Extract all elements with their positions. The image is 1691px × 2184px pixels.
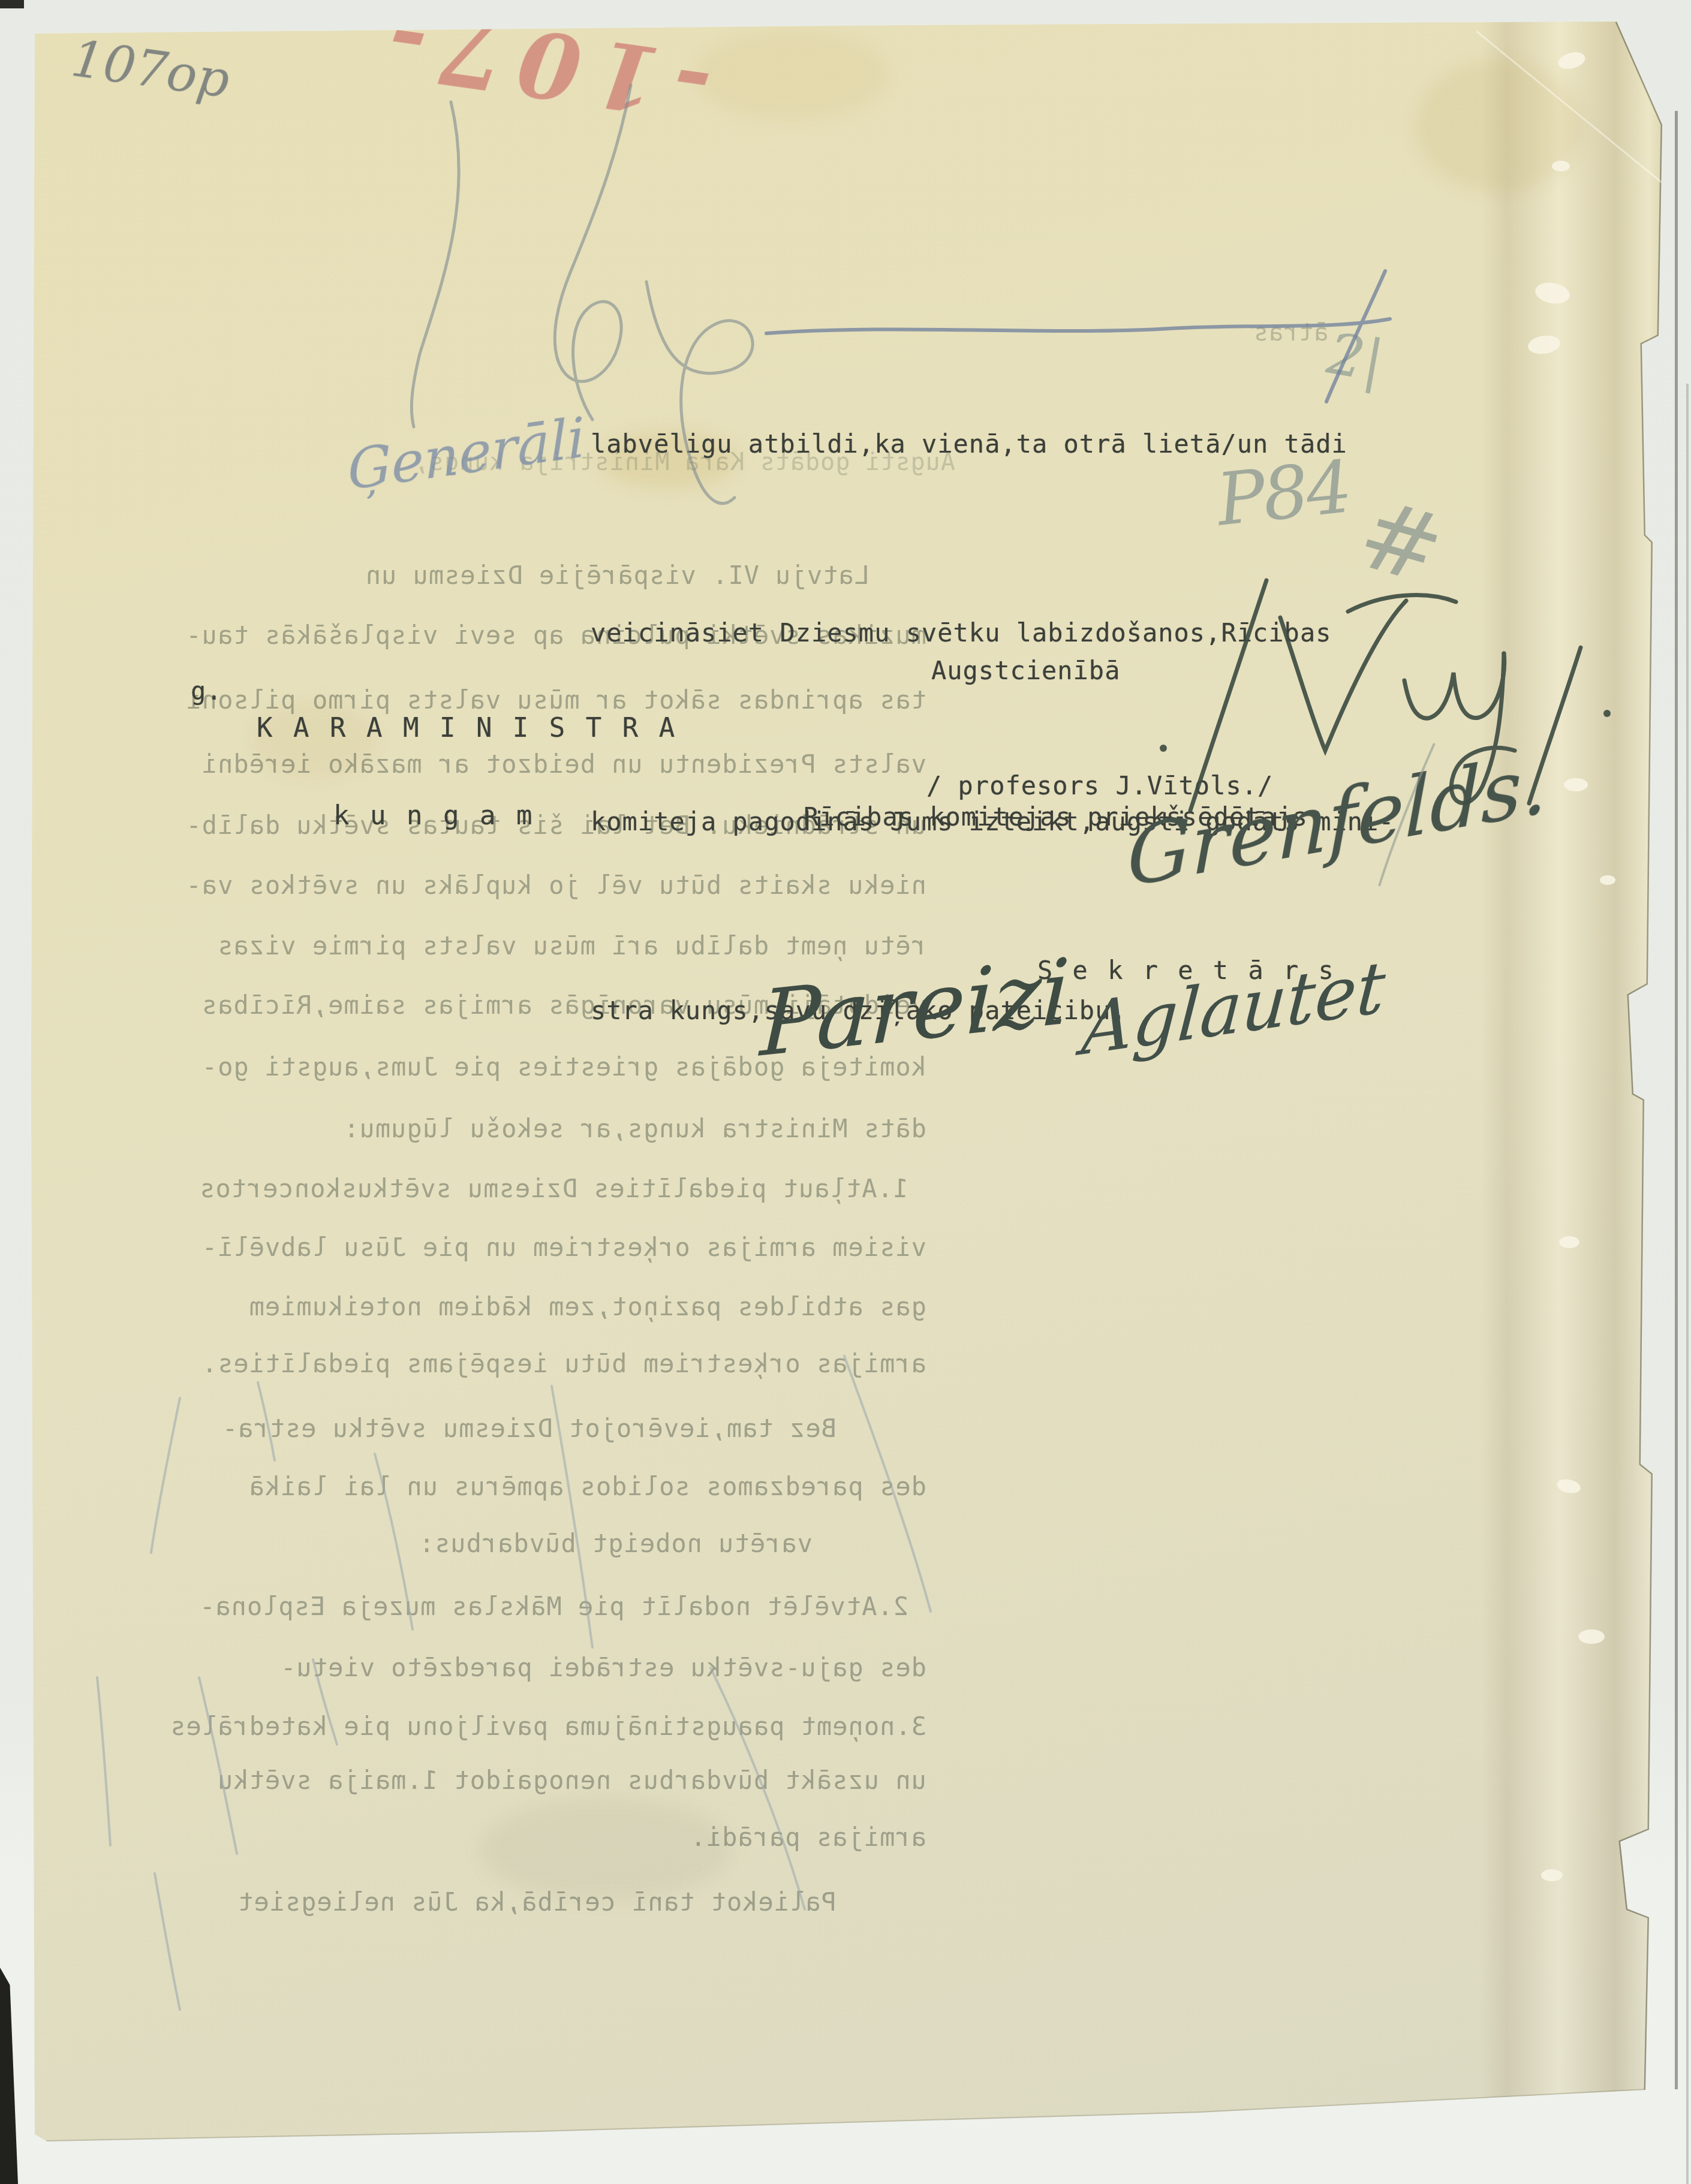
document-paper: Latvju VI. vispārējie Dziesmu unmuzikas …	[0, 0, 1691, 2184]
scanned-document-page: { "archive_marks": { "pencil_page_number…	[0, 0, 1691, 2184]
paper-bottom-edge-line	[47, 2090, 1645, 2141]
ink-strokes-overlay	[0, 0, 1691, 2184]
scan-edge-artifact-bottom-left	[0, 1968, 18, 2184]
vitols-ink-signature	[1160, 580, 1611, 811]
paper-right-edge-line	[1617, 22, 1662, 2090]
second-sheet-edge-2	[1686, 384, 1689, 2184]
strikethrough-stroke	[766, 271, 1390, 402]
pencil-slash	[1379, 743, 1434, 886]
pencil-hatch-strokes	[97, 1356, 931, 2010]
pencil-scribble-top	[411, 85, 753, 504]
paper-crease	[1476, 31, 1672, 191]
scan-edge-artifact-top-left	[0, 0, 24, 8]
second-sheet-edge	[1675, 111, 1678, 2089]
